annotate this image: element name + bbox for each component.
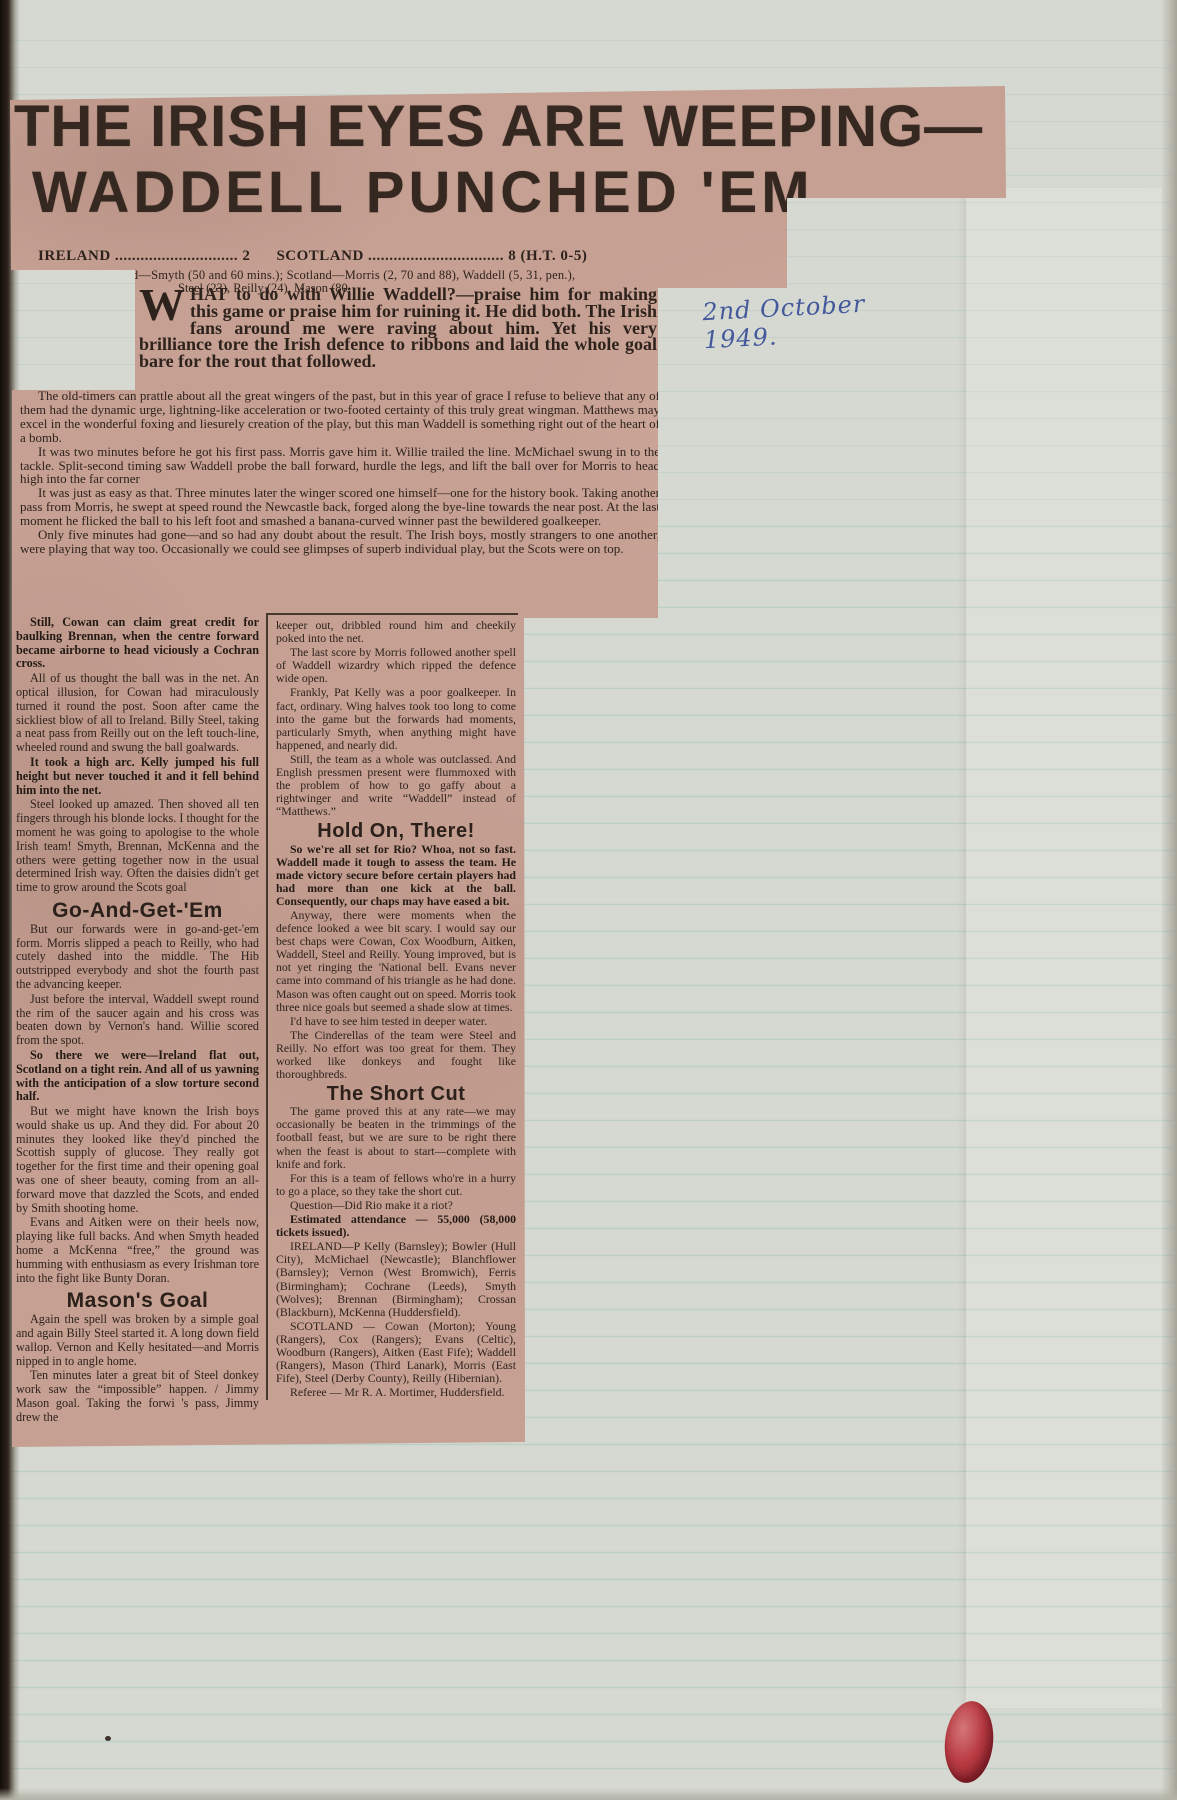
article-paragraph: So there we were—Ireland flat out, Scotl… xyxy=(16,1049,259,1104)
article-paragraph: But we might have known the Irish boys w… xyxy=(16,1105,259,1215)
article-paragraph: Still, Cowan can claim great credit for … xyxy=(16,616,259,671)
team-lineup-ireland: IRELAND—P Kelly (Barnsley); Bowler (Hull… xyxy=(276,1240,516,1319)
article-paragraph: Evans and Aitken were on their heels now… xyxy=(16,1216,259,1285)
article-paragraph: The game proved this at any rate—we may … xyxy=(276,1105,516,1170)
article-paragraph: All of us thought the ball was in the ne… xyxy=(16,672,259,755)
article-paragraph: But our forwards were in go-and-get-'em … xyxy=(16,923,259,992)
article-paragraph: Question—Did Rio make it a riot? xyxy=(276,1199,516,1212)
article-paragraph: I'd have to see him tested in deeper wat… xyxy=(276,1015,516,1028)
article-paragraph: Again the spell was broken by a simple g… xyxy=(16,1313,259,1368)
page-right-edge xyxy=(1161,0,1177,1800)
lead-paragraph: It was just as easy as that. Three minut… xyxy=(20,486,660,528)
article-paragraph: Just before the interval, Waddell swept … xyxy=(16,993,259,1048)
page-bottom-edge xyxy=(0,1788,1177,1800)
article-paragraph: Anyway, there were moments when the defe… xyxy=(276,909,516,1014)
article-paragraph: The last score by Morris followed anothe… xyxy=(276,646,516,685)
article-paragraph: Frankly, Pat Kelly was a poor goalkeeper… xyxy=(276,686,516,751)
red-sticker xyxy=(941,1699,997,1786)
article-paragraph: Steel looked up amazed. Then shoved all … xyxy=(16,798,259,895)
subhead-go-and-get-em: Go-And-Get-'Em xyxy=(16,904,259,918)
headline-line-2: WADDELL PUNCHED 'EM xyxy=(32,164,814,222)
right-column: keeper out, dribbled round him and cheek… xyxy=(266,613,518,1400)
article-paragraph: Still, the team as a whole was outclasse… xyxy=(276,753,516,818)
lead-paragraph: It was two minutes before he got his fir… xyxy=(20,445,660,487)
ink-speck xyxy=(105,1736,111,1741)
score-line: IRELAND ............................. 2 … xyxy=(38,248,783,265)
article-paragraph: The Cinderellas of the team were Steel a… xyxy=(276,1029,516,1081)
score-away: SCOTLAND ...............................… xyxy=(276,248,587,265)
article-paragraph: It took a high arc. Kelly jumped his ful… xyxy=(16,756,259,797)
drop-cap: W xyxy=(139,288,185,322)
article-paragraph: So we're all set for Rio? Whoa, not so f… xyxy=(276,843,516,908)
lead-paragraph: Only five minutes had gone—and so had an… xyxy=(20,528,660,556)
article-paragraph: Estimated attendance — 55,000 (58,000 ti… xyxy=(276,1213,516,1239)
scrapbook-page: THE IRISH EYES ARE WEEPING— WADDELL PUNC… xyxy=(0,0,1177,1800)
referee-line: Referee — Mr R. A. Mortimer, Huddersfiel… xyxy=(276,1386,516,1399)
subhead-the-short-cut: The Short Cut xyxy=(276,1088,516,1101)
subhead-masons-goal: Mason's Goal xyxy=(16,1294,259,1308)
team-lineup-scotland: SCOTLAND — Cowan (Morton); Young (Ranger… xyxy=(276,1320,516,1385)
left-column: Still, Cowan can claim great credit for … xyxy=(16,616,259,1426)
lighter-paper-area xyxy=(966,188,1162,1708)
handwritten-date: 2nd October 1949. xyxy=(702,286,945,354)
article-paragraph: For this is a team of fellows who're in … xyxy=(276,1172,516,1198)
article-paragraph: keeper out, dribbled round him and cheek… xyxy=(276,619,516,645)
lead-paragraphs: The old-timers can prattle about all the… xyxy=(20,389,660,556)
subhead-hold-on-there: Hold On, There! xyxy=(276,825,516,838)
score-home: IRELAND ............................. 2 xyxy=(38,248,250,265)
lead-paragraph: The old-timers can prattle about all the… xyxy=(20,389,660,445)
headline-line-1: THE IRISH EYES ARE WEEPING— xyxy=(14,98,983,156)
intro-text: HAT to do with Willie Waddell?—praise hi… xyxy=(139,284,657,371)
intro-paragraph: WHAT to do with Willie Waddell?—praise h… xyxy=(139,286,657,370)
article-paragraph: Ten minutes later a great bit of Steel d… xyxy=(16,1369,259,1424)
